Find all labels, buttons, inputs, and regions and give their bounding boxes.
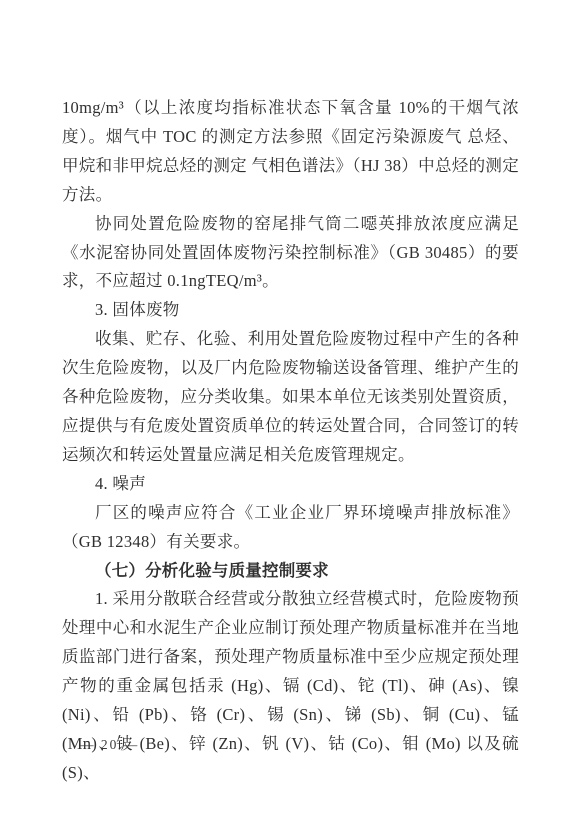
paragraph-gas-concentration: 10mg/m³（以上浓度均指标准状态下氧含量 10%的干烟气浓度）。烟气中 TO… <box>62 94 519 210</box>
document-body: 10mg/m³（以上浓度均指标准状态下氧含量 10%的干烟气浓度）。烟气中 TO… <box>62 94 519 788</box>
paragraph-pretreatment-standards: 1. 采用分散联合经营或分散独立经营模式时，危险废物预处理中心和水泥生产企业应制… <box>62 585 519 787</box>
heading-noise: 4. 噪声 <box>62 470 519 499</box>
document-page: 10mg/m³（以上浓度均指标准状态下氧含量 10%的干烟气浓度）。烟气中 TO… <box>0 0 578 818</box>
page-number-footer: — 20 — <box>80 735 139 755</box>
paragraph-solid-waste: 收集、贮存、化验、利用处置危险废物过程中产生的各种次生危险废物，以及厂内危险废物… <box>62 325 519 470</box>
heading-solid-waste: 3. 固体废物 <box>62 296 519 325</box>
paragraph-dioxin-limit: 协同处置危险废物的窑尾排气筒二噁英排放浓度应满足《水泥窑协同处置固体废物污染控制… <box>62 210 519 297</box>
paragraph-noise: 厂区的噪声应符合《工业企业厂界环境噪声排放标准》（GB 12348）有关要求。 <box>62 499 519 557</box>
heading-analysis-qc: （七）分析化验与质量控制要求 <box>62 557 519 586</box>
